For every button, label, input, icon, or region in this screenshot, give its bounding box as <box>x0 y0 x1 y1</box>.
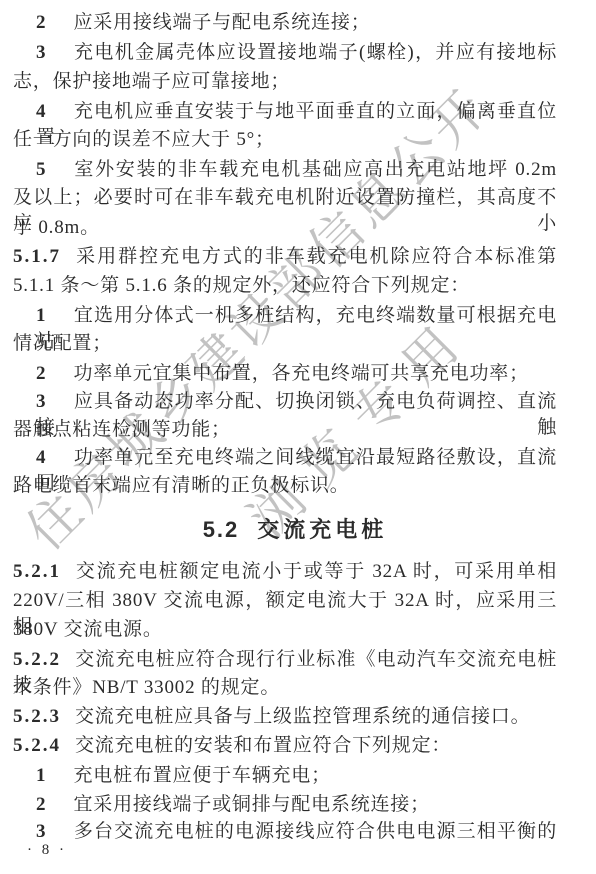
document-page: 住房城乡建设部信息公开 浏览专用 2应采用接线端子与配电系统连接； 3充电机金属… <box>0 0 596 874</box>
text-line: 5.2.4交流充电桩的安装和布置应符合下列规定： <box>13 733 557 759</box>
text-line: 3充电机金属壳体应设置接地端子(螺栓)，并应有接地标 <box>13 40 557 66</box>
text-line: 志，保护接地端子应可靠接地； <box>13 69 557 95</box>
line-text: 充电机金属壳体应设置接地端子(螺栓)，并应有接地标 <box>74 42 558 63</box>
line-text: 路电缆首末端应有清晰的正负极标识。 <box>13 475 350 496</box>
text-line: 2功率单元宜集中布置，各充电终端可共享充电功率； <box>13 361 557 387</box>
line-text: 志，保护接地端子应可靠接地； <box>13 71 290 92</box>
text-line: 5.1.7采用群控充电方式的非车载充电机除应符合本标准第 <box>13 244 557 270</box>
text-line: 380V 交流电源。 <box>13 617 557 643</box>
item-number: 4 <box>36 101 48 122</box>
line-text: 功率单元宜集中布置，各充电终端可共享充电功率； <box>74 363 529 384</box>
line-text: 多台交流充电桩的电源接线应符合供电电源三相平衡的 <box>74 821 558 842</box>
line-text: 术条件》NB/T 33002 的规定。 <box>13 677 280 698</box>
heading-number: 5.2 <box>203 517 240 542</box>
item-number: 1 <box>36 765 48 786</box>
clause-number: 5.2.3 <box>13 706 61 727</box>
text-line: 任一方向的误差不应大于 5°； <box>13 127 557 153</box>
item-number: 2 <box>36 12 48 33</box>
text-line: 于 0.8m。 <box>13 215 557 241</box>
text-line: 5室外安装的非车载充电机基础应高出充电站地坪 0.2m <box>13 157 557 183</box>
text-line: 5.1.1 条～第 5.1.6 条的规定外，还应符合下列规定： <box>13 273 557 299</box>
page-number: · 8 · <box>27 840 67 860</box>
line-text: 交流充电桩应具备与上级监控管理系统的通信接口。 <box>75 706 530 727</box>
text-line: 路电缆首末端应有清晰的正负极标识。 <box>13 473 557 499</box>
clause-number: 5.2.1 <box>13 561 61 582</box>
text-line: 情况配置； <box>13 331 557 357</box>
text-line: 5.2.3交流充电桩应具备与上级监控管理系统的通信接口。 <box>13 704 557 730</box>
line-text: 5.1.1 条～第 5.1.6 条的规定外，还应符合下列规定： <box>13 275 470 296</box>
clause-number: 5.2.2 <box>13 649 61 670</box>
item-number: 2 <box>36 794 48 815</box>
text-line: 5.2.1交流充电桩额定电流小于或等于 32A 时，可采用单相 <box>13 559 557 585</box>
line-text: 情况配置； <box>13 333 112 354</box>
item-number: 3 <box>36 821 48 842</box>
item-number: 5 <box>36 159 48 180</box>
line-text: 宜采用接线端子或铜排与配电系统连接； <box>74 794 430 815</box>
section-heading: 5.2交流充电桩 <box>23 515 567 545</box>
clause-number: 5.2.4 <box>13 735 61 756</box>
line-text: 室外安装的非车载充电机基础应高出充电站地坪 0.2m <box>74 159 558 180</box>
line-text: 应采用接线端子与配电系统连接； <box>74 12 371 33</box>
item-number: 2 <box>36 363 48 384</box>
clause-number: 5.1.7 <box>13 246 61 267</box>
line-text: 充电桩布置应便于车辆充电； <box>74 765 331 786</box>
line-text: 于 0.8m。 <box>13 217 100 238</box>
item-number: 3 <box>36 42 48 63</box>
line-text: 交流充电桩额定电流小于或等于 32A 时，可采用单相 <box>75 561 557 582</box>
text-line: 2宜采用接线端子或铜排与配电系统连接； <box>13 792 557 818</box>
item-number: 1 <box>36 305 48 326</box>
line-text: 器触点粘连检测等功能； <box>13 419 231 440</box>
line-text: 交流充电桩的安装和布置应符合下列规定： <box>75 735 451 756</box>
text-line: 1充电桩布置应便于车辆充电； <box>13 763 557 789</box>
line-text: 380V 交流电源。 <box>13 619 163 640</box>
text-line: 器触点粘连检测等功能； <box>13 417 557 443</box>
text-line: 3多台交流充电桩的电源接线应符合供电电源三相平衡的 <box>13 819 557 845</box>
line-text: 任一方向的误差不应大于 5°； <box>13 129 275 150</box>
heading-title: 交流充电桩 <box>257 517 387 542</box>
text-line: 术条件》NB/T 33002 的规定。 <box>13 675 557 701</box>
item-number: 4 <box>36 447 48 468</box>
item-number: 3 <box>36 391 48 412</box>
line-text: 采用群控充电方式的非车载充电机除应符合本标准第 <box>75 246 557 267</box>
text-line: 2应采用接线端子与配电系统连接； <box>13 10 557 36</box>
